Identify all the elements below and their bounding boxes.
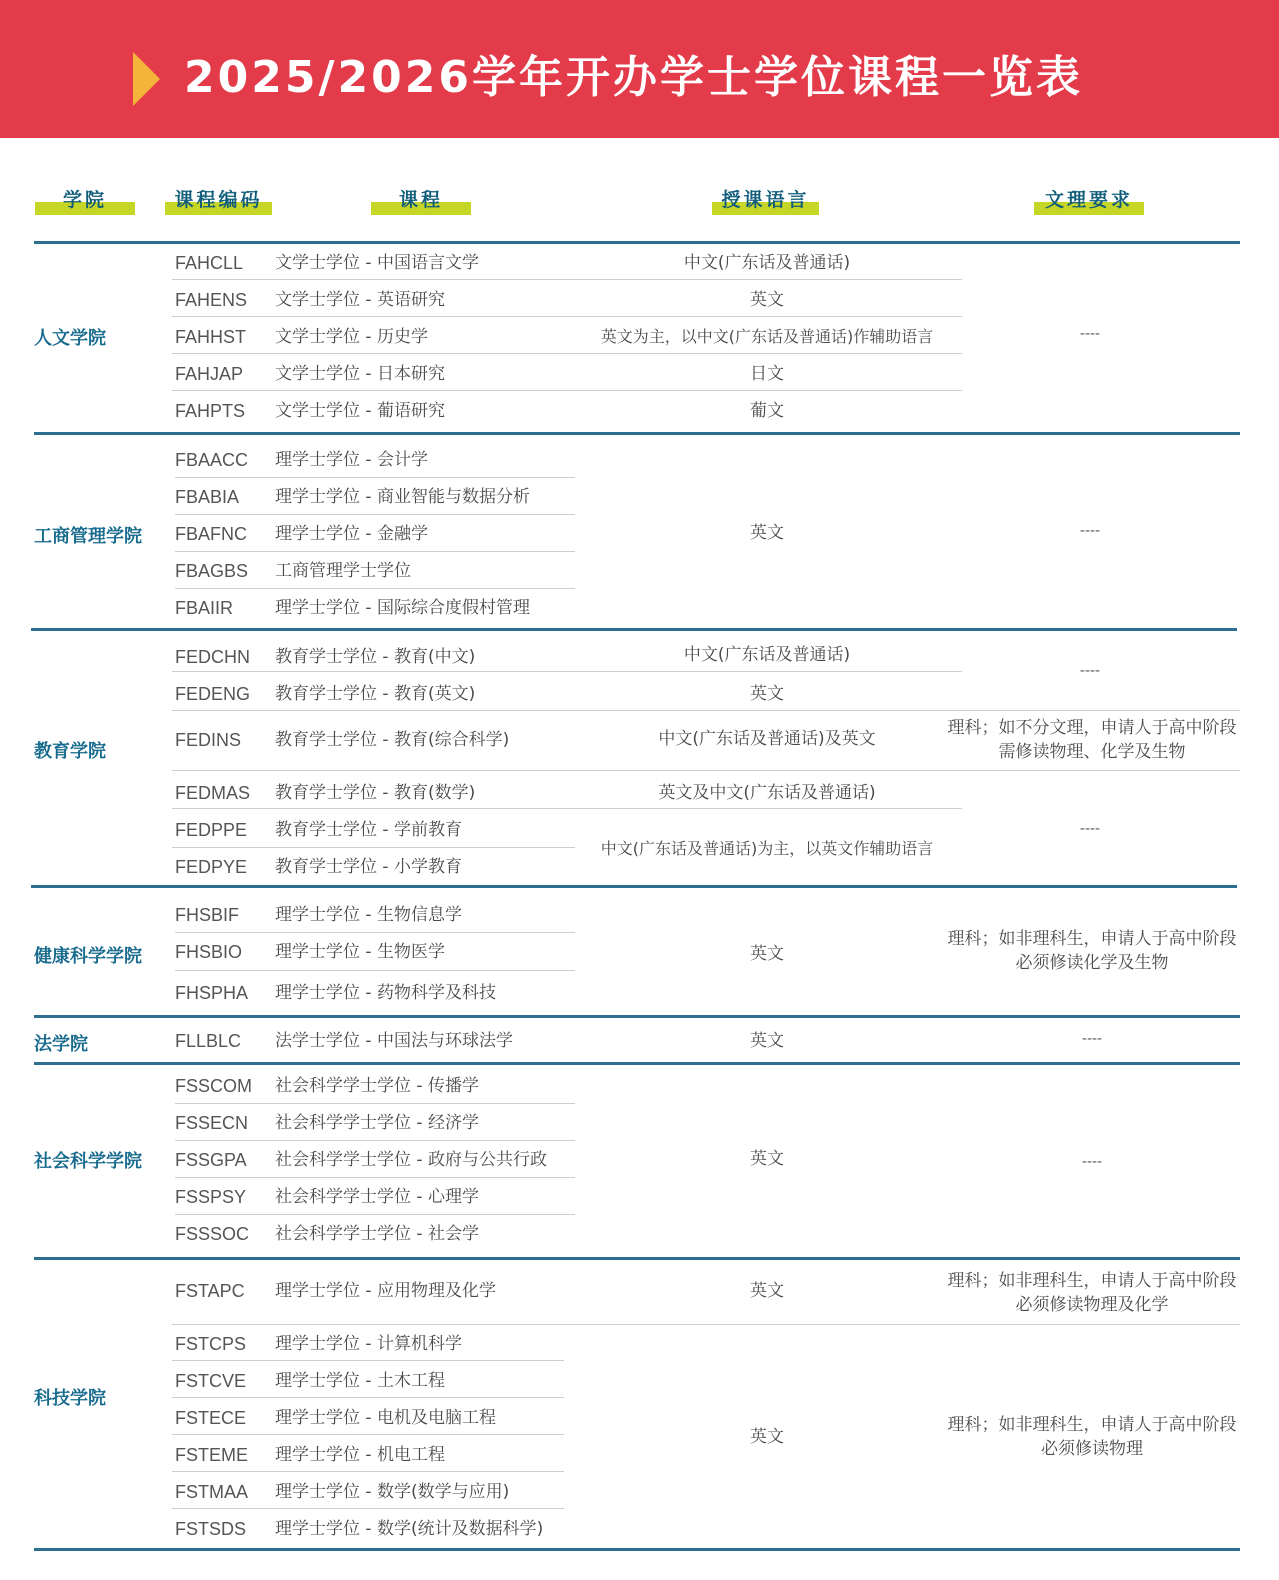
row-divider bbox=[172, 390, 962, 391]
requirement-line: 必须修读化学及生物 bbox=[942, 951, 1242, 975]
programme-code: FBABIA bbox=[175, 486, 239, 508]
programme-code: FSTCVE bbox=[175, 1370, 246, 1392]
row-divider bbox=[172, 1324, 1240, 1325]
requirement-line: 理科；如不分文理，申请人于高中阶段 bbox=[942, 716, 1242, 740]
programme-name: 理学士学位 - 数学(数学与应用) bbox=[275, 1481, 509, 1503]
requirement-text: 理科；如非理科生，申请人于高中阶段 必须修读物理 bbox=[942, 1413, 1242, 1461]
row-divider bbox=[172, 1397, 564, 1398]
row-divider bbox=[172, 770, 1240, 771]
programme-code: FLLBLC bbox=[175, 1030, 241, 1052]
requirement-line: 必须修读物理及化学 bbox=[942, 1293, 1242, 1317]
column-header-code: 课程编码 bbox=[165, 187, 272, 215]
header-label: 课程 bbox=[399, 189, 443, 211]
programme-name: 理学士学位 - 生物医学 bbox=[275, 941, 445, 963]
row-divider bbox=[172, 316, 962, 317]
programme-name: 社会科学学士学位 - 传播学 bbox=[275, 1075, 479, 1097]
row-divider bbox=[175, 514, 575, 515]
section-divider bbox=[34, 1015, 1240, 1018]
column-header-language: 授课语言 bbox=[712, 187, 819, 215]
programme-name: 理学士学位 - 金融学 bbox=[275, 523, 428, 545]
programme-name: 教育学士学位 - 小学教育 bbox=[275, 856, 462, 878]
row-divider bbox=[172, 279, 962, 280]
section-divider bbox=[34, 1062, 1240, 1065]
requirement-none: ---- bbox=[1080, 326, 1100, 342]
section-divider bbox=[34, 432, 1240, 435]
requirement-line: 必须修读物理 bbox=[942, 1437, 1242, 1461]
programme-name: 工商管理学士学位 bbox=[275, 560, 411, 582]
programme-name: 理学士学位 - 土木工程 bbox=[275, 1370, 445, 1392]
programme-name: 教育学士学位 - 教育(数学) bbox=[275, 782, 475, 804]
header-label: 学院 bbox=[63, 189, 107, 211]
row-divider bbox=[172, 808, 962, 809]
programme-code: FSTCPS bbox=[175, 1333, 246, 1355]
requirement-none: ---- bbox=[1080, 523, 1100, 539]
requirement-text: 理科；如非理科生，申请人于高中阶段 必须修读化学及生物 bbox=[942, 927, 1242, 975]
requirement-line: 理科；如非理科生，申请人于高中阶段 bbox=[942, 1269, 1242, 1293]
programme-name: 社会科学学士学位 - 政府与公共行政 bbox=[275, 1149, 547, 1171]
header-label: 授课语言 bbox=[721, 189, 809, 211]
teaching-language: 英文 bbox=[750, 522, 784, 544]
programme-code: FSSGPA bbox=[175, 1149, 247, 1171]
teaching-language: 英文及中文(广东话及普通话) bbox=[658, 782, 875, 804]
faculty-business: 工商管理学院 bbox=[34, 522, 142, 548]
header-label: 文理要求 bbox=[1045, 189, 1133, 211]
teaching-language: 中文(广东话及普通话) bbox=[684, 252, 850, 274]
programme-name: 理学士学位 - 国际综合度假村管理 bbox=[275, 597, 530, 619]
programme-name: 教育学士学位 - 学前教育 bbox=[275, 819, 462, 841]
requirement-line: 理科；如非理科生，申请人于高中阶段 bbox=[942, 1413, 1242, 1437]
programme-code: FEDCHN bbox=[175, 646, 250, 668]
row-divider bbox=[175, 932, 575, 933]
teaching-language: 英文 bbox=[750, 1030, 784, 1052]
programme-name: 理学士学位 - 机电工程 bbox=[275, 1444, 445, 1466]
programme-code: FHSPHA bbox=[175, 982, 248, 1004]
arrow-icon bbox=[133, 52, 160, 106]
programme-name: 教育学士学位 - 教育(综合科学) bbox=[275, 729, 509, 751]
programme-code: FSSECN bbox=[175, 1112, 248, 1134]
programme-name: 理学士学位 - 商业智能与数据分析 bbox=[275, 486, 530, 508]
faculty-education: 教育学院 bbox=[34, 737, 106, 763]
programme-name: 社会科学学士学位 - 社会学 bbox=[275, 1223, 479, 1245]
programme-code: FAHJAP bbox=[175, 363, 243, 385]
row-divider bbox=[175, 1140, 575, 1141]
programme-name: 文学士学位 - 英语研究 bbox=[275, 289, 445, 311]
programme-name: 理学士学位 - 计算机科学 bbox=[275, 1333, 462, 1355]
programme-name: 理学士学位 - 生物信息学 bbox=[275, 904, 462, 926]
programme-code: FHSBIF bbox=[175, 904, 239, 926]
programme-code: FSTEME bbox=[175, 1444, 248, 1466]
column-header-requirement: 文理要求 bbox=[1034, 187, 1144, 215]
faculty-law: 法学院 bbox=[34, 1030, 88, 1056]
programme-name: 文学士学位 - 葡语研究 bbox=[275, 400, 445, 422]
programme-name: 社会科学学士学位 - 经济学 bbox=[275, 1112, 479, 1134]
row-divider bbox=[172, 1508, 564, 1509]
section-divider bbox=[31, 885, 1237, 888]
programme-code: FSTAPC bbox=[175, 1280, 245, 1302]
programme-code: FEDPPE bbox=[175, 819, 247, 841]
programme-name: 教育学士学位 - 教育(英文) bbox=[275, 683, 475, 705]
programme-code: FEDMAS bbox=[175, 782, 250, 804]
teaching-language: 英文 bbox=[750, 1426, 784, 1448]
requirement-none: ---- bbox=[1082, 1154, 1102, 1170]
programme-code: FBAIIR bbox=[175, 597, 233, 619]
faculty-health-sciences: 健康科学学院 bbox=[34, 942, 142, 968]
faculty-humanities: 人文学院 bbox=[34, 324, 106, 350]
teaching-language: 英文 bbox=[750, 1280, 784, 1302]
requirement-none: ---- bbox=[1080, 821, 1100, 837]
row-divider bbox=[175, 1214, 575, 1215]
teaching-language: 葡文 bbox=[750, 400, 784, 422]
teaching-language: 中文(广东话及普通话) bbox=[684, 644, 850, 666]
programme-code: FBAFNC bbox=[175, 523, 247, 545]
teaching-language: 英文 bbox=[750, 683, 784, 705]
requirement-none: ---- bbox=[1082, 1031, 1102, 1047]
teaching-language: 英文 bbox=[750, 1148, 784, 1170]
programme-code: FAHCLL bbox=[175, 252, 243, 274]
title-banner: 2025/2026学年开办学士学位课程一览表 bbox=[0, 0, 1279, 138]
programme-name: 理学士学位 - 应用物理及化学 bbox=[275, 1280, 496, 1302]
programme-code: FBAGBS bbox=[175, 560, 248, 582]
section-divider bbox=[34, 241, 1240, 244]
section-divider bbox=[34, 1548, 1240, 1551]
programme-name: 社会科学学士学位 - 心理学 bbox=[275, 1186, 479, 1208]
programme-code: FEDENG bbox=[175, 683, 250, 705]
programme-code: FSSCOM bbox=[175, 1075, 252, 1097]
programme-name: 文学士学位 - 中国语言文学 bbox=[275, 252, 479, 274]
teaching-language: 英文 bbox=[750, 943, 784, 965]
programme-code: FEDPYE bbox=[175, 856, 247, 878]
row-divider bbox=[172, 1471, 564, 1472]
programme-name: 法学士学位 - 中国法与环球法学 bbox=[275, 1030, 513, 1052]
row-divider bbox=[172, 671, 962, 672]
programme-name: 理学士学位 - 数学(统计及数据科学) bbox=[275, 1518, 543, 1540]
section-divider bbox=[31, 628, 1237, 631]
programme-code: FAHPTS bbox=[175, 400, 245, 422]
requirement-text: 理科；如非理科生，申请人于高中阶段 必须修读物理及化学 bbox=[942, 1269, 1242, 1317]
row-divider bbox=[172, 847, 575, 848]
programme-code: FSSSOC bbox=[175, 1223, 249, 1245]
teaching-language: 日文 bbox=[750, 363, 784, 385]
row-divider bbox=[175, 970, 575, 971]
header-label: 课程编码 bbox=[174, 189, 262, 211]
programme-code: FEDINS bbox=[175, 729, 241, 751]
teaching-language: 英文 bbox=[750, 289, 784, 311]
column-header-programme: 课程 bbox=[371, 187, 471, 215]
row-divider bbox=[175, 1177, 575, 1178]
teaching-language: 中文(广东话及普通话)为主，以英文作辅助语言 bbox=[601, 838, 934, 860]
requirement-none: ---- bbox=[1080, 663, 1100, 679]
programme-name: 理学士学位 - 会计学 bbox=[275, 449, 428, 471]
requirement-line: 理科；如非理科生，申请人于高中阶段 bbox=[942, 927, 1242, 951]
row-divider bbox=[172, 353, 962, 354]
programme-code: FBAACC bbox=[175, 449, 248, 471]
row-divider bbox=[175, 1103, 575, 1104]
programme-name: 文学士学位 - 日本研究 bbox=[275, 363, 445, 385]
teaching-language: 英文为主，以中文(广东话及普通话)作辅助语言 bbox=[601, 326, 934, 348]
row-divider bbox=[175, 588, 575, 589]
programme-name: 理学士学位 - 药物科学及科技 bbox=[275, 982, 496, 1004]
row-divider bbox=[172, 710, 1240, 711]
requirement-line: 需修读物理、化学及生物 bbox=[942, 740, 1242, 764]
row-divider bbox=[172, 1360, 564, 1361]
requirement-text: 理科；如不分文理，申请人于高中阶段 需修读物理、化学及生物 bbox=[942, 716, 1242, 764]
programme-code: FSTECE bbox=[175, 1407, 246, 1429]
faculty-science-technology: 科技学院 bbox=[34, 1384, 106, 1410]
page-title: 2025/2026学年开办学士学位课程一览表 bbox=[184, 48, 1083, 108]
programme-name: 教育学士学位 - 教育(中文) bbox=[275, 646, 475, 668]
programme-name: 文学士学位 - 历史学 bbox=[275, 326, 428, 348]
programme-code: FAHHST bbox=[175, 326, 246, 348]
programme-code: FSTMAA bbox=[175, 1481, 248, 1503]
row-divider bbox=[175, 551, 575, 552]
section-divider bbox=[34, 1257, 1240, 1260]
faculty-social-sciences: 社会科学学院 bbox=[34, 1147, 142, 1173]
row-divider bbox=[175, 477, 575, 478]
programme-code: FSSPSY bbox=[175, 1186, 246, 1208]
teaching-language: 中文(广东话及普通话)及英文 bbox=[658, 728, 875, 750]
column-header-faculty: 学院 bbox=[35, 187, 135, 215]
programme-name: 理学士学位 - 电机及电脑工程 bbox=[275, 1407, 496, 1429]
programme-code: FSTSDS bbox=[175, 1518, 246, 1540]
programme-code: FHSBIO bbox=[175, 941, 242, 963]
row-divider bbox=[172, 1434, 564, 1435]
programme-code: FAHENS bbox=[175, 289, 247, 311]
